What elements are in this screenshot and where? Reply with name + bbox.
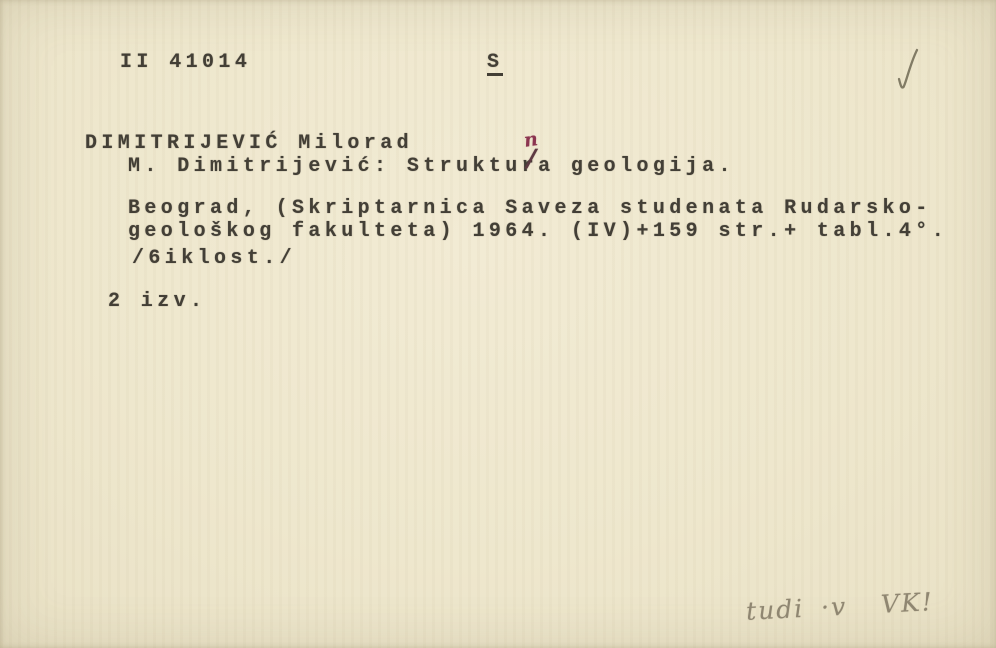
- catalog-card: II 41014 S DIMITRIJEVIĆ Milorad M. Dimit…: [0, 0, 996, 648]
- title-suffix: a geologija.: [538, 155, 735, 178]
- insertion-caret: /: [523, 149, 539, 176]
- copies-note: 2 izv.: [108, 292, 206, 312]
- handwritten-note: tudi ·v VK!: [745, 587, 934, 627]
- section-letter: S: [487, 53, 503, 76]
- reproduction-note: /6iklost./: [132, 249, 296, 269]
- checkmark-icon: [886, 44, 928, 103]
- call-number: II 41014: [120, 53, 251, 73]
- author-heading: DIMITRIJEVIĆ Milorad: [85, 134, 413, 154]
- imprint-line-1: Beograd, (Skriptarnica Saveza studenata …: [128, 199, 932, 219]
- inserted-letter: n: [523, 130, 539, 151]
- title-line: M. Dimitrijević: Struktur/na geologija.: [128, 157, 735, 177]
- title-prefix: M. Dimitrijević: Struktur: [128, 155, 538, 178]
- correction-group: /na geologija.: [538, 155, 735, 178]
- section-letter-wrap: S: [487, 53, 503, 76]
- imprint-line-2: geološkog fakulteta) 1964. (IV)+159 str.…: [128, 222, 948, 242]
